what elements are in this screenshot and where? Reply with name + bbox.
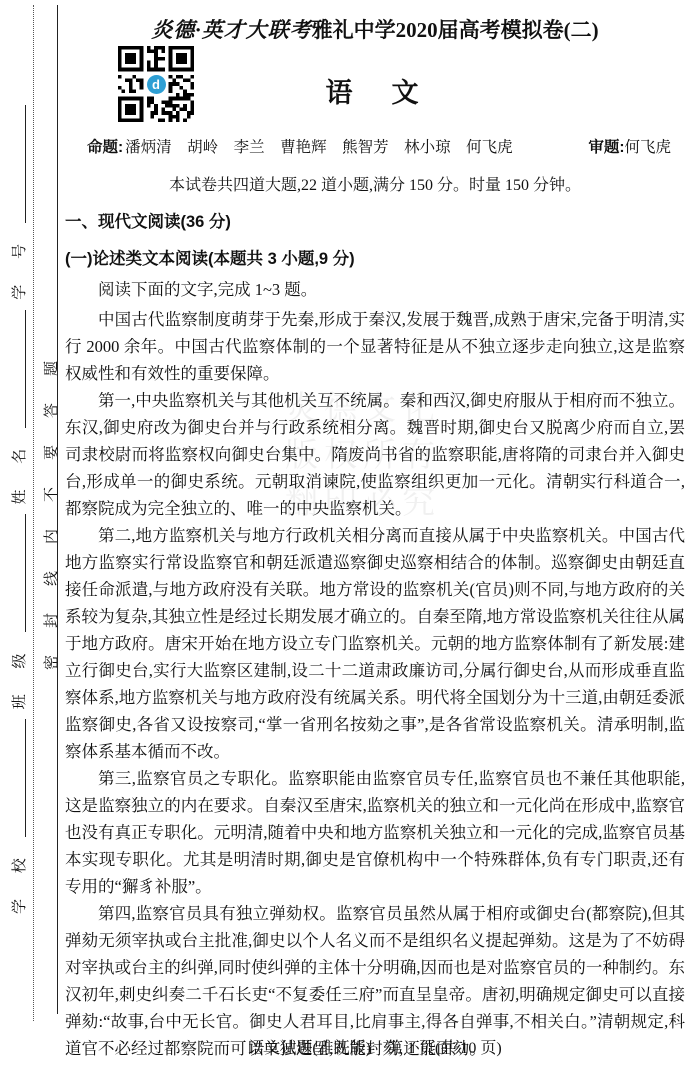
reviewer-name: 何飞虎 xyxy=(624,135,671,157)
exam-paper-page: 学 校 班 级 姓 名 学 号 密封线内不要答题 炎德文化 版权所有 翻印必究 … xyxy=(0,0,700,1072)
school-field-label: 学 校 xyxy=(10,847,30,914)
binding-perforation-line xyxy=(33,5,34,1021)
reviewer-label: 审题: xyxy=(588,135,624,157)
page-footer: 语文试题(雅礼版) 第 1 页(共 10 页) xyxy=(65,1035,685,1058)
reading-instruction: 阅读下面的文字,完成 1~3 题。 xyxy=(65,278,685,302)
passage-paragraph: 第一,中央监察机关与其他机关互不统属。秦和西汉,御史府服从于相府而不独立。东汉,… xyxy=(65,387,685,522)
qr-logo-letter: d xyxy=(147,75,166,94)
seal-solid-line xyxy=(57,5,58,1014)
class-field-blank xyxy=(23,514,26,632)
reading-passage: 中国古代监察制度萌芽于先秦,形成于秦汉,发展于魏晋,成熟于唐宋,完备于明清,实行… xyxy=(65,306,685,1062)
exam-series-title: 炎德·英才大联考雅礼中学2020届高考模拟卷(二) xyxy=(65,14,685,44)
setters-line: 命题: 潘炳清 胡岭 李兰 曹艳辉 熊智芳 林小琼 何飞虎 审题: 何飞虎 xyxy=(65,135,685,157)
qr-center-logo-icon: d xyxy=(144,72,168,96)
setters-names: 潘炳清 胡岭 李兰 曹艳辉 熊智芳 林小琼 何飞虎 xyxy=(125,135,513,157)
name-field-blank xyxy=(23,310,26,428)
student-number-field-blank xyxy=(23,105,26,223)
passage-paragraph: 第二,地方监察机关与地方行政机关相分离而直接从属于中央监察机关。中国古代地方监察… xyxy=(65,522,685,765)
subsection-heading: (一)论述类文本阅读(本题共 3 小题,9 分) xyxy=(65,245,685,269)
page-content: 炎德·英才大联考雅礼中学2020届高考模拟卷(二) 语 文 命题: 潘炳清 胡岭… xyxy=(65,0,685,1062)
exam-info: 本试卷共四道大题,22 道小题,满分 150 分。时量 150 分钟。 xyxy=(65,172,685,195)
setters-label: 命题: xyxy=(87,135,123,157)
name-field-label: 姓 名 xyxy=(10,438,30,505)
exam-name: 雅礼中学2020届高考模拟卷(二) xyxy=(312,18,599,42)
school-field-blank xyxy=(23,719,26,837)
series-name: 炎德·英才大联考 xyxy=(151,18,311,42)
section-heading: 一、现代文阅读(36 分) xyxy=(65,208,685,232)
passage-paragraph: 第三,监察官员之专职化。监察职能由监察官员专任,监察官员也不兼任其他职能,这是监… xyxy=(65,765,685,900)
student-info-fields: 学 校 班 级 姓 名 学 号 xyxy=(6,108,30,914)
qr-code: d xyxy=(118,46,194,122)
class-field-label: 班 级 xyxy=(10,642,30,709)
student-number-field-label: 学 号 xyxy=(10,233,30,300)
passage-paragraph: 中国古代监察制度萌芽于先秦,形成于秦汉,发展于魏晋,成熟于唐宋,完备于明清,实行… xyxy=(65,306,685,387)
